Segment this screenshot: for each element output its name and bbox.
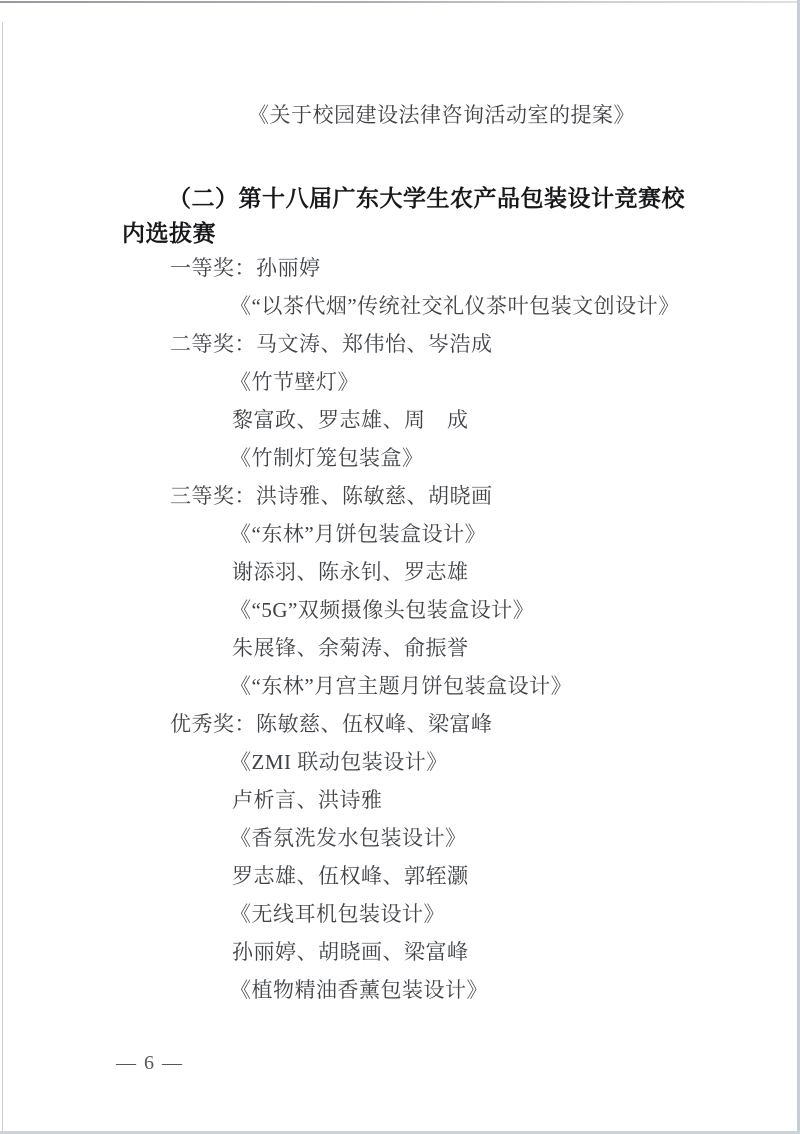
scan-edge-top [0,1,800,3]
referenced-proposal-title: 《关于校园建设法律咨询活动室的提案》 [248,96,635,134]
winner-names-line: 卢析言、洪诗雅 [232,781,800,819]
award-list: 一等奖：孙丽婷《“以茶代烟”传统社交礼仪茶叶包装文创设计》二等奖：马文涛、郑伟怡… [0,249,800,1009]
work-title-line: 《“东林”月宫主题月饼包装盒设计》 [230,667,800,705]
section-heading: （二）第十八届广东大学生农产品包装设计竞赛校内选拔赛 [122,181,706,251]
work-title-line: 《“东林”月饼包装盒设计》 [230,515,800,553]
work-title-line: 《无线耳机包装设计》 [230,895,800,933]
work-title-line: 《ZMI 联动包装设计》 [230,743,800,781]
work-title-line: 《植物精油香薰包装设计》 [230,971,800,1009]
scanned-document-page: 《关于校园建设法律咨询活动室的提案》 （二）第十八届广东大学生农产品包装设计竞赛… [0,0,800,1134]
award-rank-line: 优秀奖：陈敏慈、伍权峰、梁富峰 [170,705,800,743]
award-rank-line: 三等奖：洪诗雅、陈敏慈、胡晓画 [170,477,800,515]
award-rank-line: 一等奖：孙丽婷 [170,249,800,287]
winner-names-line: 罗志雄、伍权峰、郭轾灏 [232,857,800,895]
work-title-line: 《竹制灯笼包装盒》 [230,439,800,477]
winner-names-line: 朱展锋、余菊涛、俞振誉 [232,629,800,667]
page-number: — 6 — [116,1050,184,1076]
winner-names-line: 黎富政、罗志雄、周 成 [232,401,800,439]
work-title-line: 《香氛洗发水包装设计》 [230,819,800,857]
work-title-line: 《竹节壁灯》 [230,363,800,401]
work-title-line: 《“5G”双频摄像头包装盒设计》 [230,591,800,629]
work-title-line: 《“以茶代烟”传统社交礼仪茶叶包装文创设计》 [230,287,800,325]
winner-names-line: 孙丽婷、胡晓画、梁富峰 [232,933,800,971]
award-rank-line: 二等奖：马文涛、郑伟怡、岑浩成 [170,325,800,363]
winner-names-line: 谢添羽、陈永钊、罗志雄 [232,553,800,591]
